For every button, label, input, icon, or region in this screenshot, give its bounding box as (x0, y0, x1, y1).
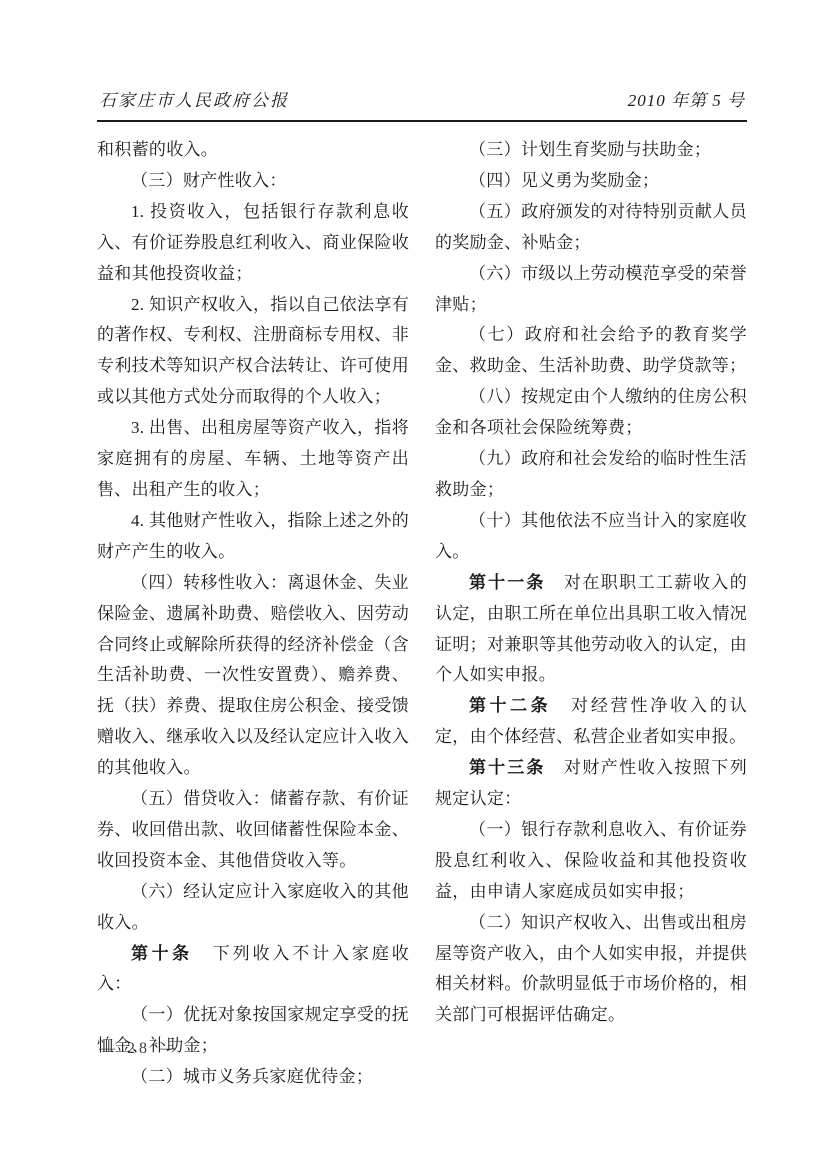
issue-number: 2010 年第 5 号 (628, 86, 745, 111)
paragraph: （五）借贷收入：储蓄存款、有价证券、收回借出款、收回储蓄性保险本金、收回投资本金… (97, 784, 409, 877)
article-number: 第十二条 (469, 696, 551, 715)
paragraph: （四）见义勇为奖励金； (435, 166, 747, 197)
paragraph: （十）其他依法不应当计入的家庭收入。 (435, 506, 747, 568)
paragraph: （七）政府和社会给予的教育奖学金、救助金、生活补助费、助学贷款等； (435, 320, 747, 382)
article-number: 第十条 (131, 944, 193, 963)
paragraph: （二）知识产权收入、出售或出租房屋等资产收入，由个人如实申报，并提供相关材料。价… (435, 908, 747, 1032)
header-rule (97, 120, 747, 122)
paragraph: （一）银行存款利息收入、有价证券股息红利收入、保险收益和其他投资收益，由申请人家… (435, 815, 747, 908)
paragraph: （三）计划生育奖励与扶助金； (435, 135, 747, 166)
paragraph: 4. 其他财产性收入，指除上述之外的财产产生的收入。 (97, 506, 409, 568)
paragraph: 和积蓄的收入。 (97, 135, 409, 166)
page-footer: — 28 — (99, 1040, 179, 1058)
paragraph: （四）转移性收入：离退休金、失业保险金、遗属补助费、赔偿收入、因劳动合同终止或解… (97, 568, 409, 784)
paragraph: 2. 知识产权收入，指以自己依法享有的著作权、专利权、注册商标专用权、非专利技术… (97, 290, 409, 414)
article-number: 第十三条 (469, 758, 545, 777)
paragraph: 第十二条 对经营性净收入的认定，由个体经营、私营企业者如实申报。 (435, 691, 747, 753)
paragraph: （九）政府和社会发给的临时性生活救助金； (435, 444, 747, 506)
paragraph: 第十条 下列收入不计入家庭收入： (97, 939, 409, 1001)
paragraph: 1. 投资收入，包括银行存款利息收入、有价证券股息红利收入、商业保险收益和其他投… (97, 197, 409, 290)
paragraph: （二）城市义务兵家庭优待金； (97, 1062, 409, 1093)
paragraph: （六）市级以上劳动模范享受的荣誉津贴； (435, 259, 747, 321)
publication-title: 石家庄市人民政府公报 (99, 86, 289, 111)
paragraph: （三）财产性收入： (97, 166, 409, 197)
right-column: （三）计划生育奖励与扶助金；（四）见义勇为奖励金；（五）政府颁发的对待特别贡献人… (435, 135, 747, 1093)
paragraph: （八）按规定由个人缴纳的住房公积金和各项社会保险统筹费； (435, 382, 747, 444)
paragraph: （六）经认定应计入家庭收入的其他收入。 (97, 877, 409, 939)
left-column: 和积蓄的收入。（三）财产性收入：1. 投资收入，包括银行存款利息收入、有价证券股… (97, 135, 409, 1093)
paragraph: （五）政府颁发的对待特别贡献人员的奖励金、补贴金； (435, 197, 747, 259)
article-number: 第十一条 (469, 573, 545, 592)
paragraph: 第十三条 对财产性收入按照下列规定认定： (435, 753, 747, 815)
page-inner: 石家庄市人民政府公报 2010 年第 5 号 和积蓄的收入。（三）财产性收入：1… (97, 0, 747, 1093)
page-header: 石家庄市人民政府公报 2010 年第 5 号 (97, 86, 747, 120)
body-columns: 和积蓄的收入。（三）财产性收入：1. 投资收入，包括银行存款利息收入、有价证券股… (97, 135, 747, 1093)
paragraph: 第十一条 对在职职工工薪收入的认定，由职工所在单位出具职工收入情况证明；对兼职等… (435, 568, 747, 692)
page-number: — 28 — (99, 1040, 179, 1057)
paragraph: 3. 出售、出租房屋等资产收入，指将家庭拥有的房屋、车辆、土地等资产出售、出租产… (97, 413, 409, 506)
gazette-page: 石家庄市人民政府公报 2010 年第 5 号 和积蓄的收入。（三）财产性收入：1… (0, 0, 826, 1169)
